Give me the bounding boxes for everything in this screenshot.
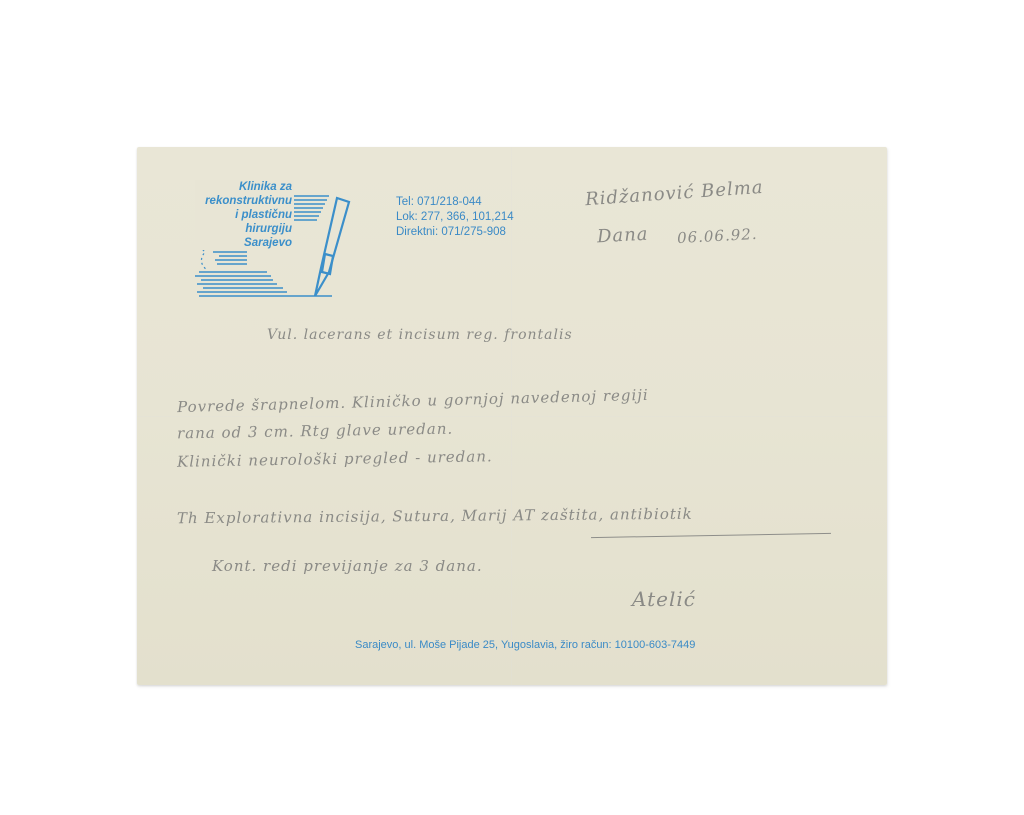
clinic-name-line: hirurgiju [197, 222, 292, 236]
note-line: Klinički neurološki pregled - uredan. [177, 447, 493, 471]
patient-name: Ridžanović Belma [584, 177, 764, 210]
clinic-name-line: Sarajevo [197, 236, 292, 250]
clinic-name-line: rekonstruktivnu [197, 194, 292, 208]
direct-line: Direktni: 071/275-908 [396, 225, 514, 240]
letter-paper: Klinika za rekonstruktivnu i plastičnu h… [137, 147, 887, 685]
underline-mark [591, 533, 831, 538]
note-line: rana od 3 cm. Rtg glave uredan. [177, 420, 453, 443]
signature: Atelić [632, 587, 696, 611]
diagnosis-line: Vul. lacerans et incisum reg. frontalis [267, 327, 573, 343]
extension-line: Lok: 277, 366, 101,214 [396, 210, 514, 225]
clinic-name-line: Klinika za [197, 180, 292, 194]
clinic-name: Klinika za rekonstruktivnu i plastičnu h… [195, 180, 294, 250]
horizontal-fold-line [137, 416, 887, 417]
contact-info: Tel: 071/218-044 Lok: 277, 366, 101,214 … [396, 195, 514, 240]
note-line: Th Explorativna incisija, Sutura, Marij … [177, 505, 693, 528]
date-label: Dana [596, 224, 649, 248]
footer-address: Sarajevo, ul. Moše Pijade 25, Yugoslavia… [355, 639, 695, 651]
note-line: Povrede šrapnelom. Kliničko u gornjoj na… [177, 386, 649, 416]
date-value: 06.06.92. [677, 225, 758, 247]
phone-line: Tel: 071/218-044 [396, 195, 514, 210]
clinic-name-line: i plastičnu [197, 208, 292, 222]
note-line: Kont. redi previjanje za 3 dana. [212, 557, 483, 575]
